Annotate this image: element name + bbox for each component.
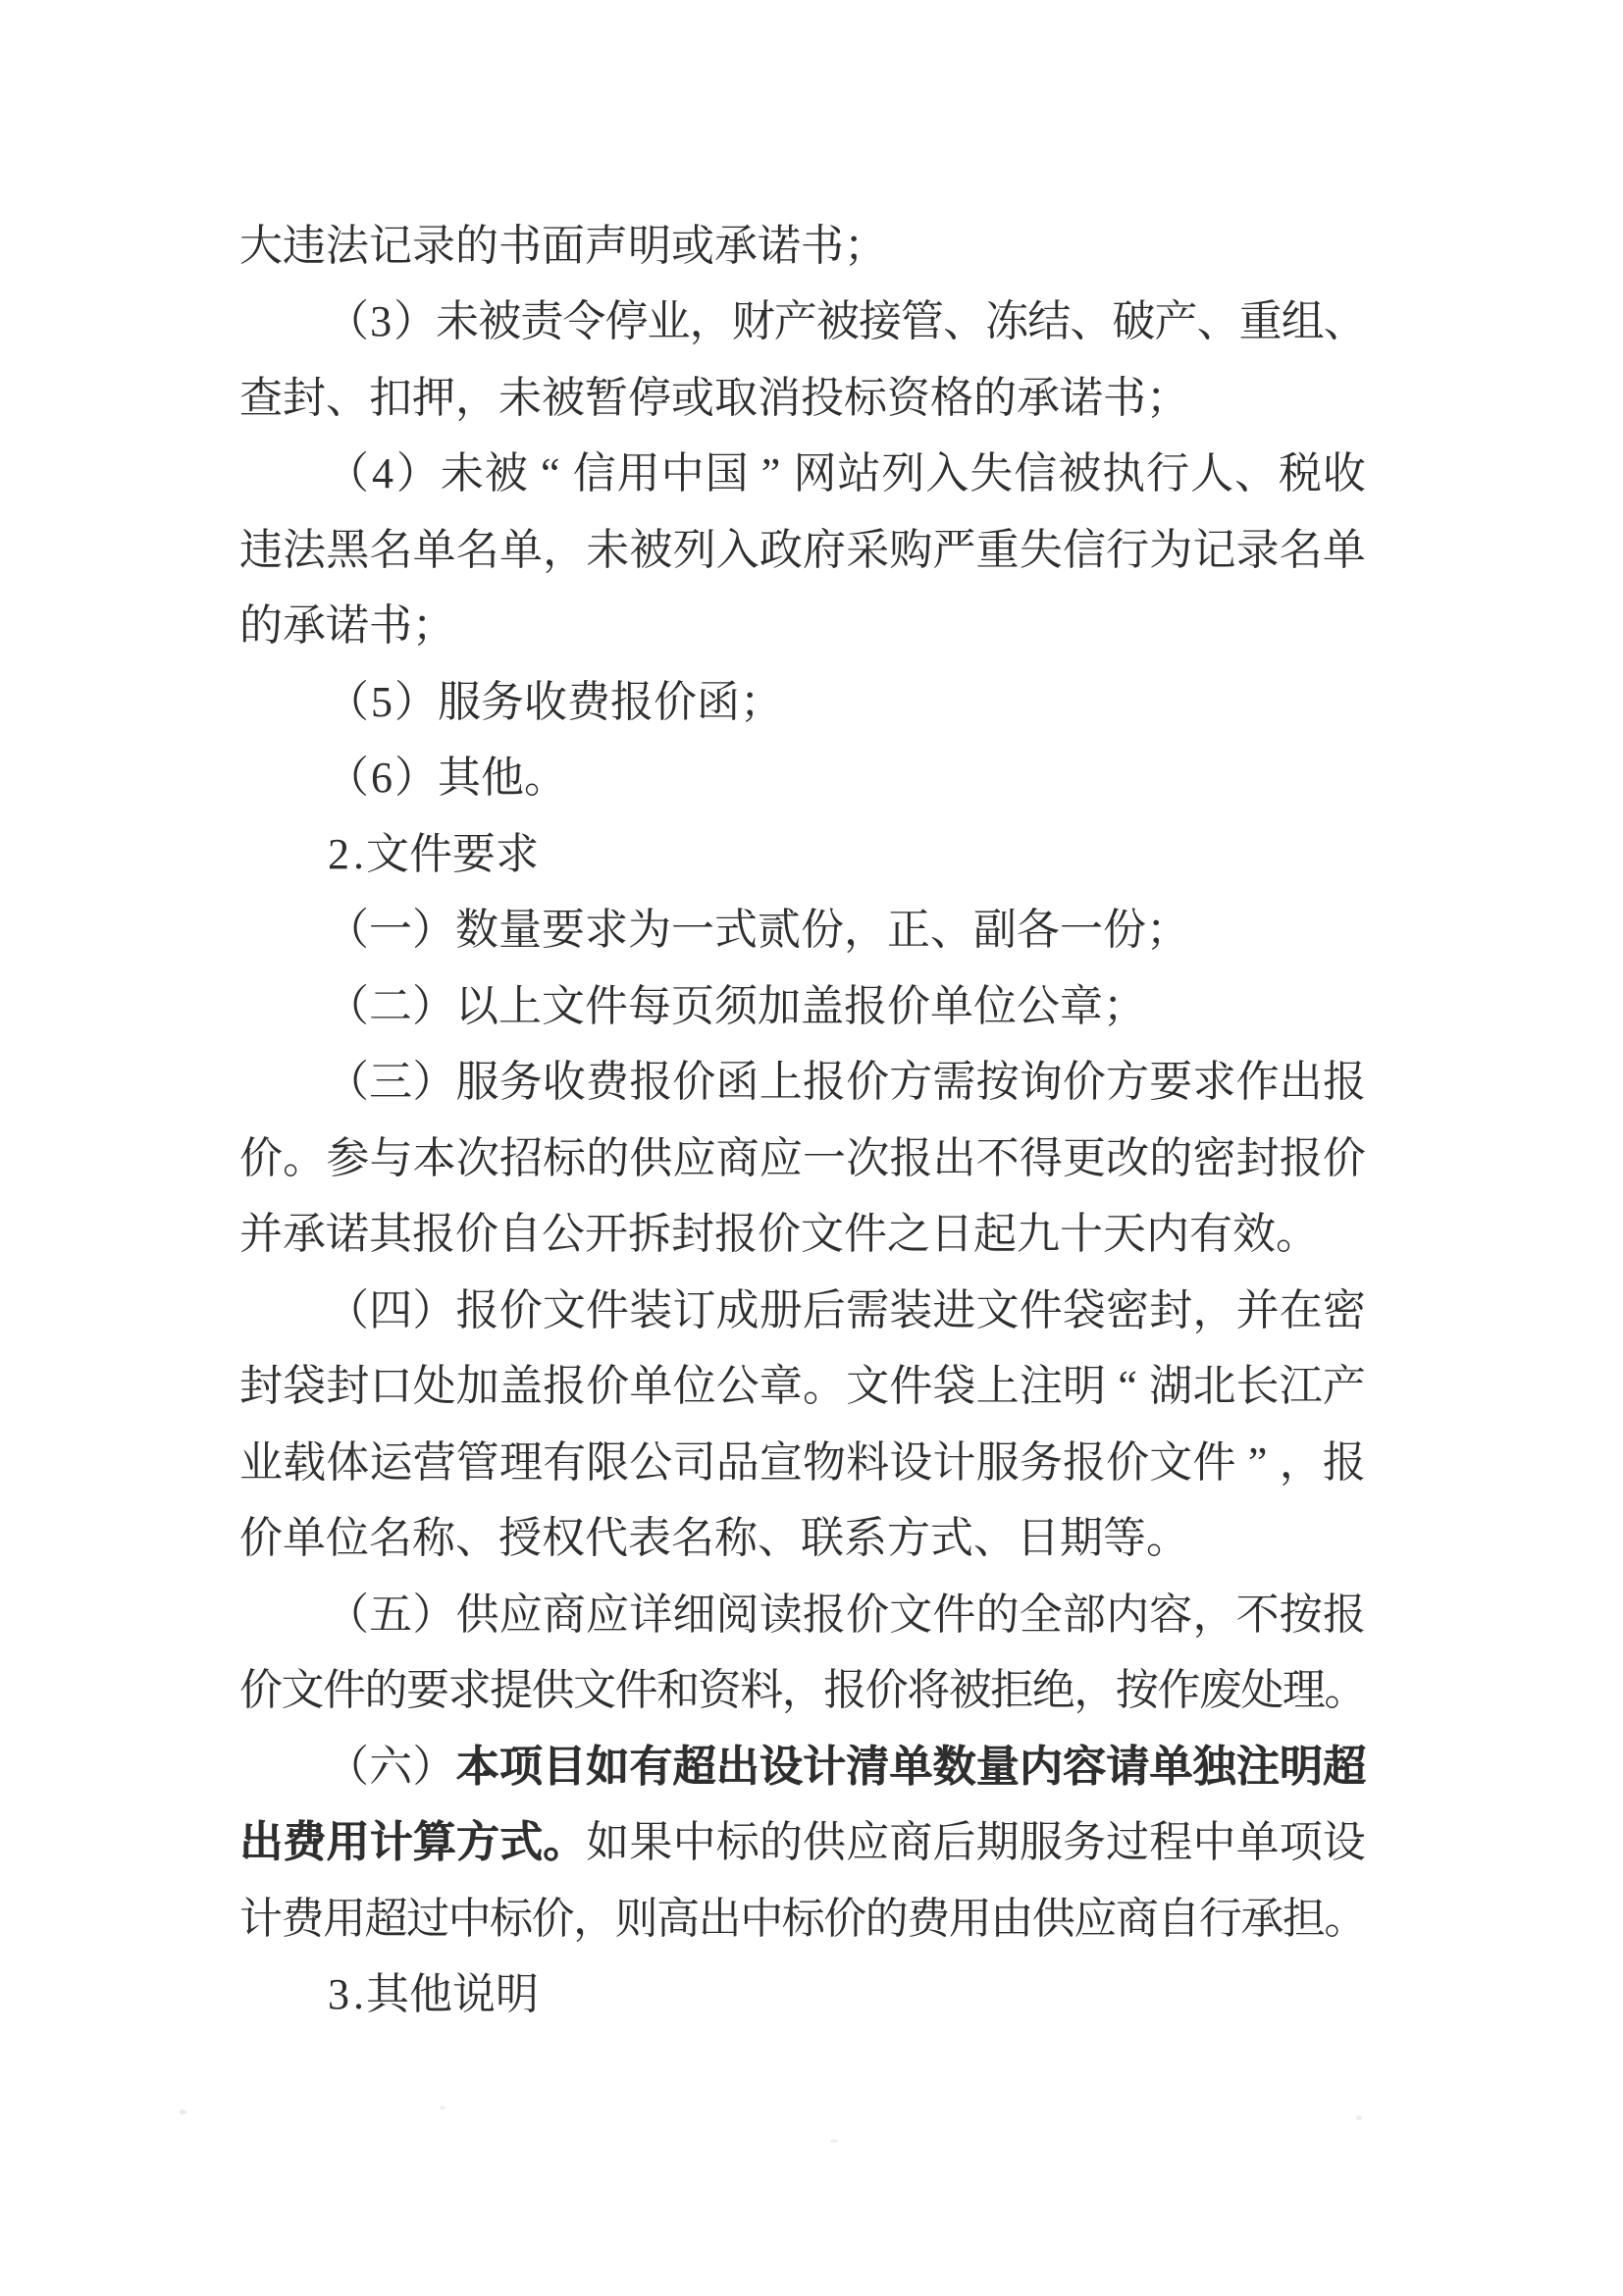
- glyph: 系: [844, 1517, 887, 1560]
- glyph: 一: [369, 909, 412, 952]
- glyph: 拆: [628, 1213, 671, 1256]
- glyph: 政: [759, 529, 803, 572]
- glyph: 计: [369, 1821, 412, 1864]
- glyph: 网: [793, 452, 836, 496]
- glyph: 被: [478, 300, 520, 343]
- glyph: 求: [496, 833, 539, 876]
- glyph: 他: [409, 1973, 452, 2016]
- glyph: 需: [846, 1289, 889, 1332]
- glyph: 务: [1063, 1821, 1106, 1864]
- glyph: 。: [283, 1137, 326, 1180]
- glyph: 果: [629, 1821, 672, 1864]
- glyph: 未: [441, 452, 484, 496]
- glyph: 单: [499, 529, 543, 572]
- glyph: 件: [586, 1289, 629, 1332]
- glyph: 公: [629, 1441, 672, 1485]
- glyph: 和: [656, 1669, 699, 1712]
- glyph: 章: [759, 1365, 803, 1408]
- glyph: 与: [369, 1137, 412, 1180]
- glyph: 应: [846, 1821, 889, 1864]
- glyph: 报: [1323, 1593, 1366, 1637]
- glyph: ，: [690, 300, 732, 343]
- glyph: 信: [573, 452, 616, 496]
- glyph: 绝: [1032, 1669, 1074, 1712]
- glyph: 效: [1232, 1213, 1276, 1256]
- glyph: 应: [499, 1593, 543, 1637]
- glyph: 并: [1236, 1289, 1280, 1332]
- glyph: 录: [1236, 529, 1280, 572]
- glyph: 一: [803, 1137, 846, 1180]
- glyph: 商: [889, 1821, 932, 1864]
- glyph: 费: [907, 1898, 949, 1941]
- glyph: 口: [369, 1365, 412, 1408]
- glyph: 封: [326, 1365, 369, 1408]
- glyph: 府: [803, 529, 846, 572]
- glyph: 后: [933, 1821, 976, 1864]
- glyph: 产: [1323, 1365, 1366, 1408]
- glyph: 价: [499, 1289, 543, 1332]
- glyph: 件: [615, 1669, 657, 1712]
- glyph: 用: [326, 1821, 369, 1864]
- glyph: .: [351, 1973, 366, 2016]
- glyph: 四: [369, 1289, 412, 1332]
- glyph: 页: [671, 985, 714, 1028]
- glyph: 用: [949, 1898, 991, 1941]
- glyph: 价: [758, 1213, 801, 1256]
- glyph: 要: [406, 1669, 448, 1712]
- glyph: 封: [1236, 1137, 1280, 1180]
- glyph: 入: [716, 529, 759, 572]
- glyph: 出: [239, 1821, 283, 1864]
- glyph: ；: [844, 225, 887, 268]
- glyph: 有: [629, 1746, 672, 1789]
- glyph: 更: [1063, 1137, 1106, 1180]
- glyph: 作: [1157, 1669, 1199, 1712]
- glyph: 税: [1279, 452, 1322, 496]
- scan-speck: [1356, 2115, 1362, 2120]
- glyph: 价: [672, 1061, 715, 1104]
- glyph: 消: [758, 377, 801, 420]
- glyph: 产: [1154, 300, 1196, 343]
- text-line: 大违法记录的书面声明或承诺书；: [239, 208, 1366, 285]
- glyph: 业: [239, 1441, 283, 1485]
- glyph: 明: [628, 225, 671, 268]
- glyph: ”: [1236, 1441, 1280, 1485]
- text-line: （六）本项目如有超出设计清单数量内容请单独注明超: [239, 1729, 1366, 1805]
- text-column: 大违法记录的书面声明或承诺书；（3）未被责令停业，财产被接管、冻结、破产、重组、…: [239, 208, 1366, 2033]
- glyph: 行: [1106, 529, 1149, 572]
- glyph: 3: [368, 300, 393, 343]
- glyph: 、: [1197, 300, 1239, 343]
- glyph: 式: [499, 1821, 543, 1864]
- glyph: 件: [323, 1669, 365, 1712]
- glyph: （: [326, 1746, 369, 1789]
- glyph: 文: [801, 1213, 844, 1256]
- glyph: 资: [887, 377, 930, 420]
- glyph: 。: [543, 1821, 586, 1864]
- glyph: 报: [1063, 1441, 1106, 1485]
- text-line: 的承诺书；: [239, 589, 1366, 665]
- glyph: 价: [887, 985, 930, 1028]
- glyph: 过: [406, 1898, 448, 1941]
- glyph: 黑: [326, 529, 369, 572]
- glyph: 服: [438, 681, 481, 724]
- glyph: 本: [413, 1137, 456, 1180]
- glyph: 其: [366, 1973, 409, 2016]
- glyph: 行: [1199, 1898, 1241, 1941]
- glyph: 贰: [758, 909, 801, 952]
- glyph: 、: [1234, 452, 1278, 496]
- glyph: 不: [976, 1137, 1020, 1180]
- glyph: 6: [369, 757, 394, 800]
- glyph: 上: [759, 1061, 803, 1104]
- text-line: 2.文件要求: [239, 816, 1366, 893]
- glyph: 价: [239, 1517, 283, 1560]
- glyph: 其: [369, 1213, 412, 1256]
- glyph: 按: [976, 1061, 1020, 1104]
- glyph: 件: [932, 1593, 975, 1637]
- glyph: 声: [585, 225, 628, 268]
- glyph: 诺: [326, 604, 369, 648]
- glyph: 如: [586, 1746, 629, 1789]
- glyph: 封: [671, 1213, 714, 1256]
- glyph: 独: [1192, 1746, 1235, 1789]
- glyph: （: [326, 1061, 369, 1104]
- glyph: 价: [1106, 1441, 1149, 1485]
- glyph: （: [326, 300, 368, 343]
- glyph: 不: [1236, 1593, 1280, 1637]
- document-page: 大违法记录的书面声明或承诺书；（3）未被责令停业，财产被接管、冻结、破产、重组、…: [0, 0, 1623, 2296]
- glyph: 文: [1149, 1441, 1192, 1485]
- glyph: 成: [716, 1289, 759, 1332]
- glyph: 被: [1058, 452, 1101, 496]
- glyph: 单: [629, 1365, 672, 1408]
- glyph: 加: [758, 985, 801, 1028]
- glyph: 违: [239, 529, 283, 572]
- glyph: 的: [973, 377, 1017, 420]
- glyph: 自: [498, 1213, 542, 1256]
- glyph: 进: [932, 1289, 975, 1332]
- glyph: 按: [1280, 1593, 1323, 1637]
- glyph: 3: [326, 1973, 351, 2016]
- glyph: 。: [1324, 1669, 1366, 1712]
- glyph: 被: [816, 300, 859, 343]
- glyph: 项: [499, 1746, 543, 1789]
- glyph: 务: [499, 1061, 543, 1104]
- glyph: 价: [846, 1593, 889, 1637]
- glyph: 组: [1282, 300, 1324, 343]
- glyph: 法: [326, 225, 369, 268]
- glyph: 设: [1323, 1821, 1366, 1864]
- glyph: 公: [542, 1213, 585, 1256]
- glyph: 限: [586, 1441, 629, 1485]
- glyph: 北: [1192, 1365, 1235, 1408]
- text-line: （五）供应商应详细阅读报价文件的全部内容，不按报: [239, 1577, 1366, 1653]
- glyph: 参: [326, 1137, 369, 1180]
- glyph: 被: [949, 1669, 991, 1712]
- glyph: 报: [803, 1593, 846, 1637]
- glyph: 或: [671, 225, 714, 268]
- glyph: 部: [1063, 1593, 1106, 1637]
- glyph: 接: [859, 300, 901, 343]
- glyph: 函: [697, 681, 740, 724]
- glyph: 重: [1239, 300, 1282, 343]
- glyph: 费: [586, 1061, 629, 1104]
- glyph: 供: [803, 1821, 846, 1864]
- glyph: 承: [1240, 1898, 1283, 1941]
- glyph: 数: [455, 909, 498, 952]
- glyph: 件: [1020, 1289, 1063, 1332]
- glyph: 记: [1192, 529, 1235, 572]
- glyph: 失: [969, 452, 1013, 496]
- glyph: 计: [803, 1746, 846, 1789]
- glyph: ）: [393, 300, 436, 343]
- glyph: ）: [394, 757, 438, 800]
- glyph: 价: [455, 1213, 498, 1256]
- glyph: 业: [648, 300, 690, 343]
- glyph: 、: [455, 1517, 498, 1560]
- glyph: ）: [412, 1289, 455, 1332]
- glyph: 份: [801, 909, 844, 952]
- text-line: （5）服务收费报价函；: [239, 664, 1366, 741]
- glyph: 日: [930, 1213, 973, 1256]
- glyph: ）: [394, 681, 438, 724]
- glyph: 承: [283, 604, 326, 648]
- glyph: 袋: [283, 1365, 326, 1408]
- glyph: 押: [412, 377, 455, 420]
- glyph: 文: [543, 1289, 586, 1332]
- glyph: 价: [239, 1137, 283, 1180]
- glyph: 五: [369, 1593, 412, 1637]
- glyph: 注: [1020, 1365, 1063, 1408]
- glyph: 单: [1323, 529, 1366, 572]
- text-line: （4）未被“信用中国”网站列入失信被执行人、税收: [239, 437, 1366, 513]
- glyph: 中: [673, 1821, 716, 1864]
- glyph: 的: [865, 1898, 908, 1941]
- glyph: 出: [933, 1137, 976, 1180]
- glyph: 密: [1192, 1137, 1235, 1180]
- glyph: 过: [1106, 1821, 1149, 1864]
- glyph: 严: [933, 529, 976, 572]
- glyph: “: [529, 452, 572, 496]
- glyph: 。: [1324, 1898, 1366, 1941]
- glyph: 计: [933, 1441, 976, 1485]
- glyph: ；: [1103, 985, 1146, 1028]
- glyph: 诺: [1060, 377, 1103, 420]
- glyph: 明: [496, 1973, 539, 2016]
- glyph: 价: [532, 1898, 574, 1941]
- glyph: 目: [543, 1746, 586, 1789]
- glyph: 报: [629, 1061, 672, 1104]
- glyph: 废: [1199, 1669, 1241, 1712]
- glyph: 未: [586, 529, 629, 572]
- glyph: 诺: [326, 1213, 369, 1256]
- glyph: 在: [1280, 1289, 1323, 1332]
- text-line: （四）报价文件装订成册后需装进文件袋密封，并在密: [239, 1273, 1366, 1349]
- glyph: 函: [716, 1061, 759, 1104]
- glyph: 、: [1070, 300, 1112, 343]
- glyph: 说: [452, 1973, 496, 2016]
- glyph: 。: [524, 757, 567, 800]
- glyph: 报: [889, 1137, 932, 1180]
- glyph: 的: [455, 225, 498, 268]
- glyph: 书: [498, 225, 542, 268]
- glyph: 一: [1060, 909, 1103, 952]
- glyph: 等: [1103, 1517, 1146, 1560]
- text-line: 出费用计算方式。如果中标的供应商后期服务过程中单项设: [239, 1805, 1366, 1882]
- text-line: 并承诺其报价自公开拆封报价文件之日起九十天内有效。: [239, 1197, 1366, 1274]
- glyph: 单: [283, 1517, 326, 1560]
- glyph: （: [326, 757, 369, 800]
- glyph: 的: [239, 604, 283, 648]
- glyph: 查: [239, 377, 283, 420]
- glyph: 一: [671, 909, 714, 952]
- glyph: 品: [716, 1441, 759, 1485]
- glyph: 费: [282, 1898, 324, 1941]
- glyph: 2: [326, 833, 351, 876]
- glyph: ，: [782, 1669, 824, 1712]
- glyph: 作: [1236, 1061, 1280, 1104]
- glyph: 称: [714, 1517, 758, 1560]
- glyph: 取: [714, 377, 758, 420]
- glyph: 有: [543, 1441, 586, 1485]
- text-line: （一）数量要求为一式贰份，正、副各一份；: [239, 893, 1366, 969]
- glyph: 方: [887, 1517, 930, 1560]
- glyph: 明: [1063, 1365, 1106, 1408]
- glyph: 5: [369, 681, 394, 724]
- glyph: 长: [1236, 1365, 1280, 1408]
- glyph: 则: [615, 1898, 657, 1941]
- glyph: 要: [452, 833, 496, 876]
- glyph: 标: [716, 1821, 759, 1864]
- glyph: ）: [412, 1593, 455, 1637]
- glyph: 物: [803, 1441, 846, 1485]
- glyph: 数: [932, 1746, 975, 1789]
- glyph: 标: [782, 1898, 824, 1941]
- glyph: 日: [1017, 1517, 1060, 1560]
- glyph: 书: [801, 225, 844, 268]
- glyph: 暂: [585, 377, 628, 420]
- glyph: 册: [759, 1289, 803, 1332]
- glyph: 管: [456, 1441, 499, 1485]
- glyph: ）: [412, 985, 455, 1028]
- glyph: 格: [930, 377, 973, 420]
- glyph: 担: [1283, 1898, 1325, 1941]
- glyph: 封: [283, 377, 326, 420]
- glyph: 理: [1283, 1669, 1325, 1712]
- glyph: 密: [1106, 1289, 1149, 1332]
- text-line: 价单位名称、授权代表名称、联系方式、日期等。: [239, 1501, 1366, 1578]
- glyph: 上: [976, 1365, 1020, 1408]
- glyph: 责: [520, 300, 562, 343]
- glyph: ，: [844, 909, 887, 952]
- glyph: （: [326, 681, 369, 724]
- glyph: 承: [714, 225, 758, 268]
- glyph: 站: [837, 452, 880, 496]
- glyph: 件: [585, 985, 628, 1028]
- glyph: ；: [1146, 909, 1189, 952]
- glyph: 价: [1323, 1137, 1366, 1180]
- glyph: 被: [485, 452, 528, 496]
- glyph: 细: [672, 1593, 715, 1637]
- glyph: 次: [456, 1137, 499, 1180]
- glyph: 内: [1146, 1213, 1189, 1256]
- glyph: 项: [1280, 1821, 1323, 1864]
- glyph: 各: [1017, 909, 1060, 952]
- glyph: 内: [1106, 1593, 1149, 1637]
- glyph: 执: [1102, 452, 1145, 496]
- glyph: 用: [617, 452, 660, 496]
- glyph: 投: [801, 377, 844, 420]
- glyph: 为: [628, 909, 671, 952]
- glyph: 名: [369, 1517, 412, 1560]
- glyph: （: [326, 1289, 369, 1332]
- glyph: ）: [412, 1746, 455, 1789]
- glyph: 报: [714, 1213, 758, 1256]
- glyph: 或: [671, 377, 714, 420]
- glyph: 程: [1149, 1821, 1192, 1864]
- glyph: 装: [629, 1289, 672, 1332]
- glyph: 本: [456, 1746, 499, 1789]
- glyph: 应: [1073, 1898, 1116, 1941]
- glyph: 位: [973, 985, 1017, 1028]
- glyph: 明: [1280, 1746, 1323, 1789]
- glyph: 量: [976, 1746, 1020, 1789]
- glyph: 法: [283, 529, 326, 572]
- glyph: 处: [1240, 1669, 1283, 1712]
- glyph: 袋: [1063, 1289, 1106, 1332]
- glyph: 求: [448, 1669, 491, 1712]
- glyph: 阅: [716, 1593, 759, 1637]
- glyph: 大: [239, 225, 283, 268]
- glyph: ，: [1192, 1593, 1235, 1637]
- glyph: 破: [1112, 300, 1154, 343]
- glyph: 内: [1020, 1746, 1063, 1789]
- glyph: 高: [656, 1898, 699, 1941]
- glyph: 每: [628, 985, 671, 1028]
- glyph: 营: [413, 1441, 456, 1485]
- glyph: 务: [1020, 1441, 1063, 1485]
- glyph: 表: [628, 1517, 671, 1560]
- glyph: 需: [932, 1061, 975, 1104]
- glyph: 务: [481, 681, 524, 724]
- glyph: 承: [283, 1213, 326, 1256]
- glyph: 量: [498, 909, 542, 952]
- glyph: 为: [1149, 529, 1192, 572]
- glyph: 上: [498, 985, 542, 1028]
- glyph: （: [326, 985, 369, 1028]
- glyph: 资: [699, 1669, 741, 1712]
- glyph: 后: [803, 1289, 846, 1332]
- glyph: 报: [456, 1289, 499, 1332]
- glyph: 被: [542, 377, 585, 420]
- glyph: 章: [1060, 985, 1103, 1028]
- glyph: ；: [1146, 377, 1189, 420]
- glyph: 公: [716, 1365, 759, 1408]
- glyph: 产: [774, 300, 816, 343]
- glyph: 公: [1017, 985, 1060, 1028]
- glyph: 密: [1323, 1289, 1366, 1332]
- glyph: 天: [1103, 1213, 1146, 1256]
- glyph: 载: [283, 1441, 326, 1485]
- glyph: 承: [1017, 377, 1060, 420]
- glyph: ，: [1073, 1669, 1116, 1712]
- glyph: 信: [1063, 529, 1106, 572]
- glyph: 重: [976, 529, 1020, 572]
- glyph: 文: [542, 985, 585, 1028]
- glyph: 的: [365, 1669, 407, 1712]
- glyph: 如: [586, 1821, 629, 1864]
